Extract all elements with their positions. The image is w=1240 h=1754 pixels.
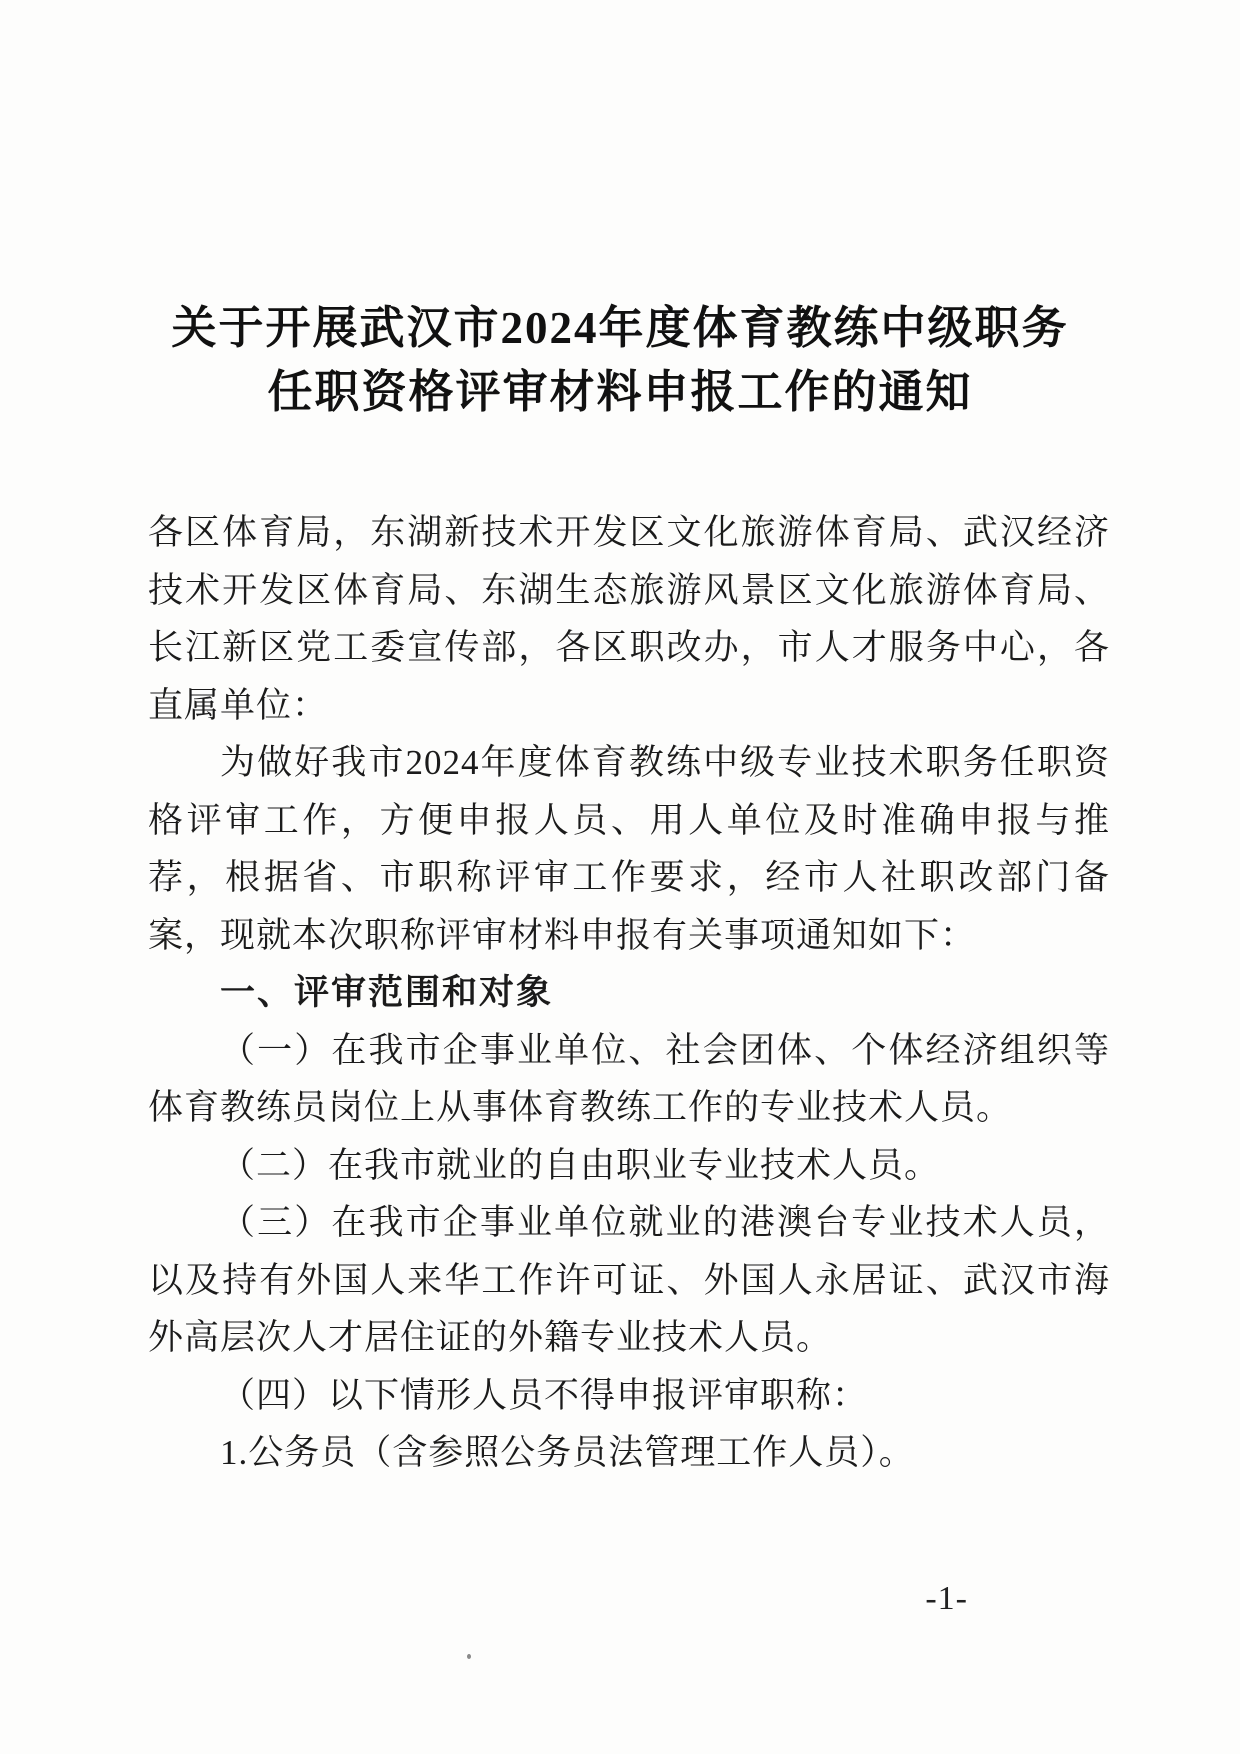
paragraph-item-2: （二）在我市就业的自由职业专业技术人员。 xyxy=(148,1137,1110,1195)
document-title: 关于开展武汉市2024年度体育教练中级职务 任职资格评审材料申报工作的通知 xyxy=(0,0,1240,424)
document-title-line-2: 任职资格评审材料申报工作的通知 xyxy=(0,360,1240,424)
document-body: 各区体育局，东湖新技术开发区文化旅游体育局、武汉经济技术开发区体育局、东湖生态旅… xyxy=(148,504,1110,1482)
paragraph-item-4: （四）以下情形人员不得申报评审职称： xyxy=(148,1367,1110,1425)
document-page: 关于开展武汉市2024年度体育教练中级职务 任职资格评审材料申报工作的通知 各区… xyxy=(0,0,1240,1754)
scan-artifact-dot xyxy=(467,1654,471,1659)
paragraph-item-1: （一）在我市企事业单位、社会团体、个体经济组织等体育教练员岗位上从事体育教练工作… xyxy=(148,1022,1110,1137)
section-heading-1: 一、评审范围和对象 xyxy=(148,964,1110,1022)
paragraph-salutation: 各区体育局，东湖新技术开发区文化旅游体育局、武汉经济技术开发区体育局、东湖生态旅… xyxy=(148,504,1110,734)
paragraph-item-3: （三）在我市企事业单位就业的港澳台专业技术人员，以及持有外国人来华工作许可证、外… xyxy=(148,1194,1110,1367)
paragraph-subitem-1: 1.公务员（含参照公务员法管理工作人员）。 xyxy=(148,1424,1110,1482)
document-title-line-1: 关于开展武汉市2024年度体育教练中级职务 xyxy=(0,296,1240,360)
page-number: -1- xyxy=(925,1580,968,1618)
paragraph-intro: 为做好我市2024年度体育教练中级专业技术职务任职资格评审工作，方便申报人员、用… xyxy=(148,734,1110,964)
